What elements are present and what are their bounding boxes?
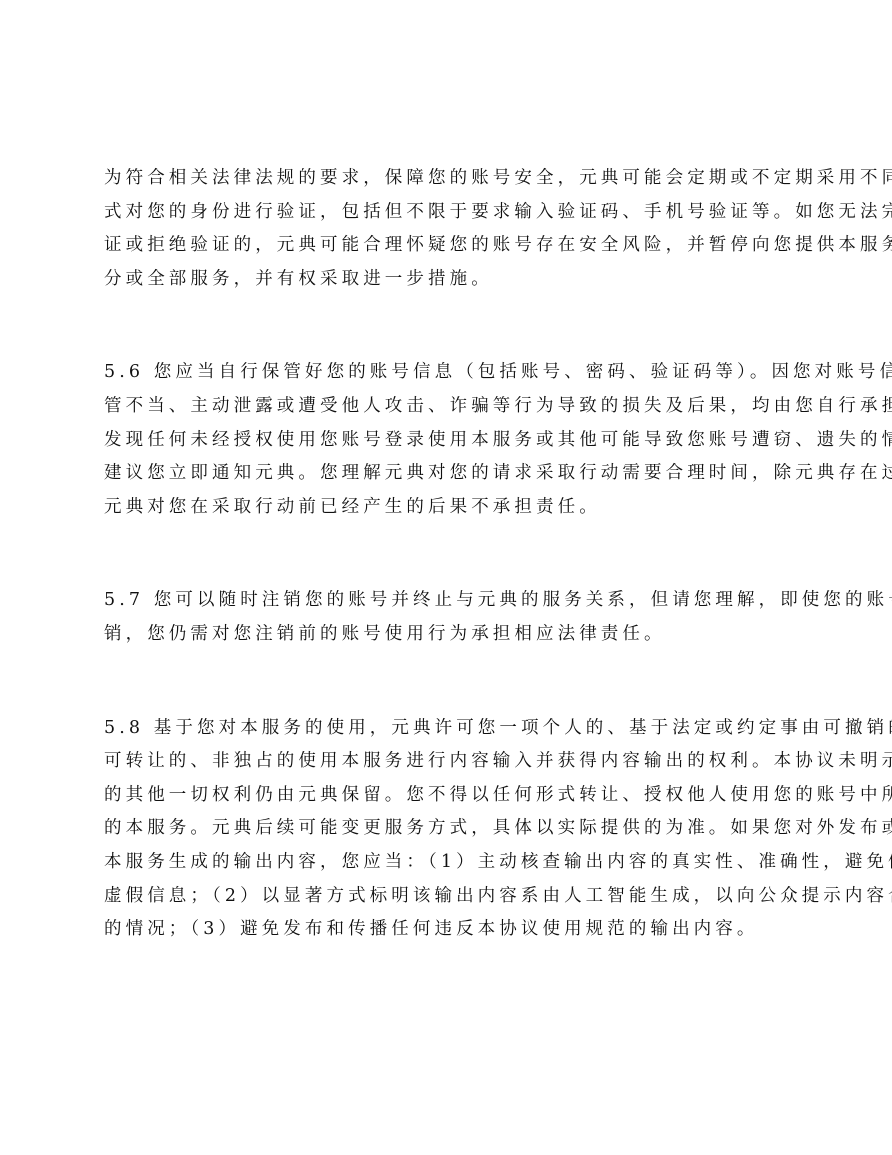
text-line: 证或拒绝验证的，元典可能合理怀疑您的账号存在安全风险，并暂停向您提供本服务的部 xyxy=(104,229,794,263)
text-line: 为符合相关法律法规的要求，保障您的账号安全，元典可能会定期或不定期采用不同的方 xyxy=(104,162,794,196)
paragraph-clause-5-7: 5.7 您可以随时注销您的账号并终止与元典的服务关系，但请您理解，即使您的账号已… xyxy=(104,584,794,651)
paragraph-clause-5-8: 5.8 基于您对本服务的使用，元典许可您一项个人的、基于法定或约定事由可撤销的、… xyxy=(104,712,794,947)
text-line: 5.8 基于您对本服务的使用，元典许可您一项个人的、基于法定或约定事由可撤销的、… xyxy=(104,712,794,746)
text-line: 的其他一切权利仍由元典保留。您不得以任何形式转让、授权他人使用您的账号中所提供 xyxy=(104,779,794,813)
text-line: 发现任何未经授权使用您账号登录使用本服务或其他可能导致您账号遭窃、遗失的情况， xyxy=(104,424,794,458)
text-line: 分或全部服务，并有权采取进一步措施。 xyxy=(104,263,794,297)
text-line: 虚假信息；（2）以显著方式标明该输出内容系由人工智能生成，以向公众提示内容合成 xyxy=(104,880,794,914)
text-line: 的本服务。元典后续可能变更服务方式，具体以实际提供的为准。如果您对外发布或传播 xyxy=(104,812,794,846)
text-line: 可转让的、非独占的使用本服务进行内容输入并获得内容输出的权利。本协议未明示授权 xyxy=(104,745,794,779)
text-line: 建议您立即通知元典。您理解元典对您的请求采取行动需要合理时间，除元典存在过错外， xyxy=(104,457,794,491)
paragraph-identity-verification: 为符合相关法律法规的要求，保障您的账号安全，元典可能会定期或不定期采用不同的方 … xyxy=(104,162,794,296)
text-line: 元典对您在采取行动前已经产生的后果不承担责任。 xyxy=(104,491,794,525)
text-line: 5.6 您应当自行保管好您的账号信息（包括账号、密码、验证码等）。因您对账号信息… xyxy=(104,356,794,390)
text-line: 5.7 您可以随时注销您的账号并终止与元典的服务关系，但请您理解，即使您的账号已… xyxy=(104,584,794,618)
paragraph-clause-5-6: 5.6 您应当自行保管好您的账号信息（包括账号、密码、验证码等）。因您对账号信息… xyxy=(104,356,794,524)
text-line: 的情况；（3）避免发布和传播任何违反本协议使用规范的输出内容。 xyxy=(104,913,794,947)
text-line: 本服务生成的输出内容，您应当：（1）主动核查输出内容的真实性、准确性，避免传播 xyxy=(104,846,794,880)
text-line: 式对您的身份进行验证，包括但不限于要求输入验证码、手机号验证等。如您无法完成验 xyxy=(104,196,794,230)
text-line: 销，您仍需对您注销前的账号使用行为承担相应法律责任。 xyxy=(104,618,794,652)
document-page: 为符合相关法律法规的要求，保障您的账号安全，元典可能会定期或不定期采用不同的方 … xyxy=(104,162,794,947)
text-line: 管不当、主动泄露或遭受他人攻击、诈骗等行为导致的损失及后果，均由您自行承担。如 xyxy=(104,390,794,424)
